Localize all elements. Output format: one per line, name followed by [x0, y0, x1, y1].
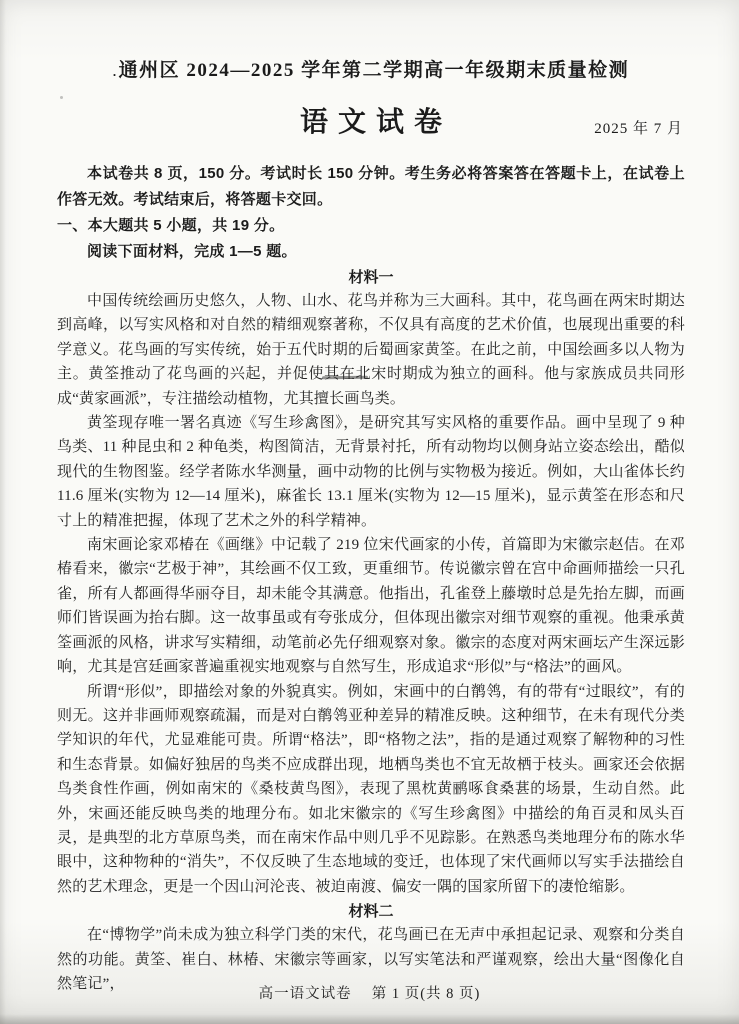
reading-prompt: 阅读下面材料，完成 1—5 题。	[57, 239, 685, 265]
material-one-paragraph-4: 所谓“形似”，即描绘对象的外貌真实。例如，宋画中的白鹡鸰，有的带有“过眼纹”，有…	[57, 680, 685, 900]
material-one-paragraph-1: 中国传统绘画历史悠久，人物、山水、花鸟并称为三大画科。其中，花鸟画在两宋时期达到…	[57, 289, 685, 411]
scan-edge-shade-left	[0, 0, 6, 1024]
exam-paper-page: .通州区 2024—2025 学年第二学期高一年级期末质量检测 语文试卷 202…	[0, 0, 739, 1024]
scan-artifact-dot	[60, 96, 63, 99]
material-two-heading: 材料二	[57, 900, 685, 923]
section-one-heading: 一、本大题共 5 小题，共 19 分。	[57, 213, 685, 239]
exam-instructions: 本试卷共 8 页，150 分。考试时长 150 分钟。考生务必将答案答在答题卡上…	[57, 161, 685, 213]
material-one-heading: 材料一	[57, 266, 685, 289]
exam-title-text: 通州区 2024—2025 学年第二学期高一年级期末质量检测	[119, 60, 630, 81]
subject-row: 语文试卷 2025 年 7 月	[57, 101, 685, 145]
material-one-paragraph-3: 南宋画论家邓椿在《画继》中记载了 219 位宋代画家的小传，首篇即为宋徽宗赵佶。…	[57, 533, 685, 679]
subject-title: 语文试卷	[57, 101, 685, 145]
scan-edge-shade-bottom	[0, 1014, 739, 1024]
exam-date: 2025 年 7 月	[594, 117, 683, 138]
exam-title: .通州区 2024—2025 学年第二学期高一年级期末质量检测	[57, 58, 685, 85]
scan-artifact-dot	[418, 369, 421, 373]
page-content: .通州区 2024—2025 学年第二学期高一年级期末质量检测 语文试卷 202…	[57, 0, 685, 996]
material-one-paragraph-2: 黄筌现存唯一署名真迹《写生珍禽图》，是研究其写实风格的重要作品。画中呈现了 9 …	[57, 411, 685, 533]
scan-speck-mark: .	[113, 64, 118, 79]
page-footer: 高一语文试卷 第 1 页(共 8 页)	[0, 982, 739, 1003]
scan-artifact-underline	[322, 376, 368, 379]
